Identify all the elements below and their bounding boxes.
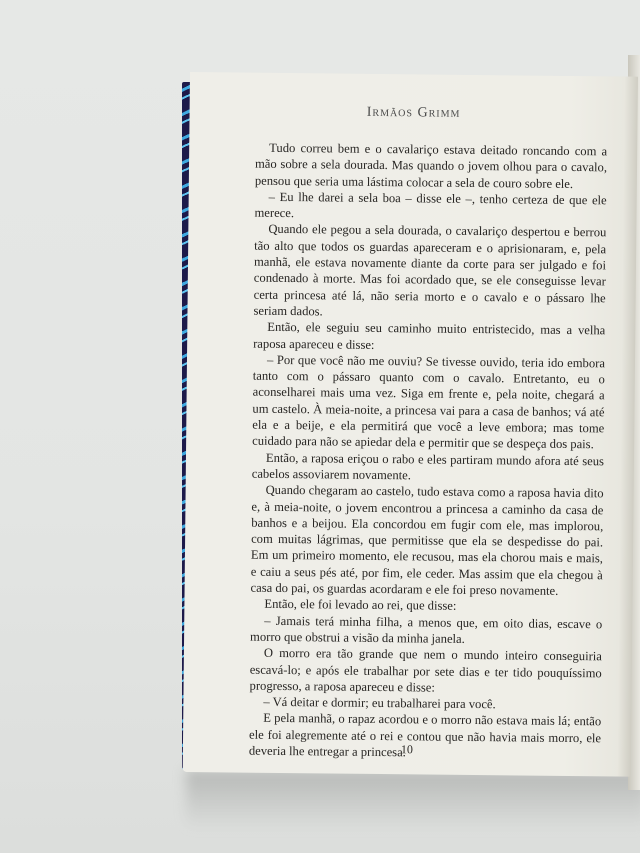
paragraph: Então, a raposa eriçou o rabo e eles par… (252, 449, 604, 485)
paragraph: Quando ele pegou a sela dourada, o caval… (253, 221, 606, 322)
body-text: Tudo correu bem e o cavalariço estava de… (249, 140, 607, 763)
book-shadow (186, 770, 640, 830)
paragraph: O morro era tão grande que nem o mundo i… (249, 645, 601, 698)
paragraph: Então, ele seguiu seu caminho muito entr… (253, 319, 605, 355)
paragraph: – Jamais terá minha filha, a menos que, … (250, 612, 602, 648)
book-page: Irmãos Grimm Tudo correu bem e o cavalar… (183, 72, 638, 777)
paragraph: Quando chegaram ao castelo, tudo estava … (251, 482, 604, 600)
paragraph: Tudo correu bem e o cavalariço estava de… (255, 140, 607, 193)
paragraph: – Por que você não me ouviu? Se tivesse … (252, 352, 605, 453)
running-head: Irmãos Grimm (190, 103, 638, 124)
paragraph: – Eu lhe darei a sela boa – disse ele –,… (254, 189, 606, 225)
